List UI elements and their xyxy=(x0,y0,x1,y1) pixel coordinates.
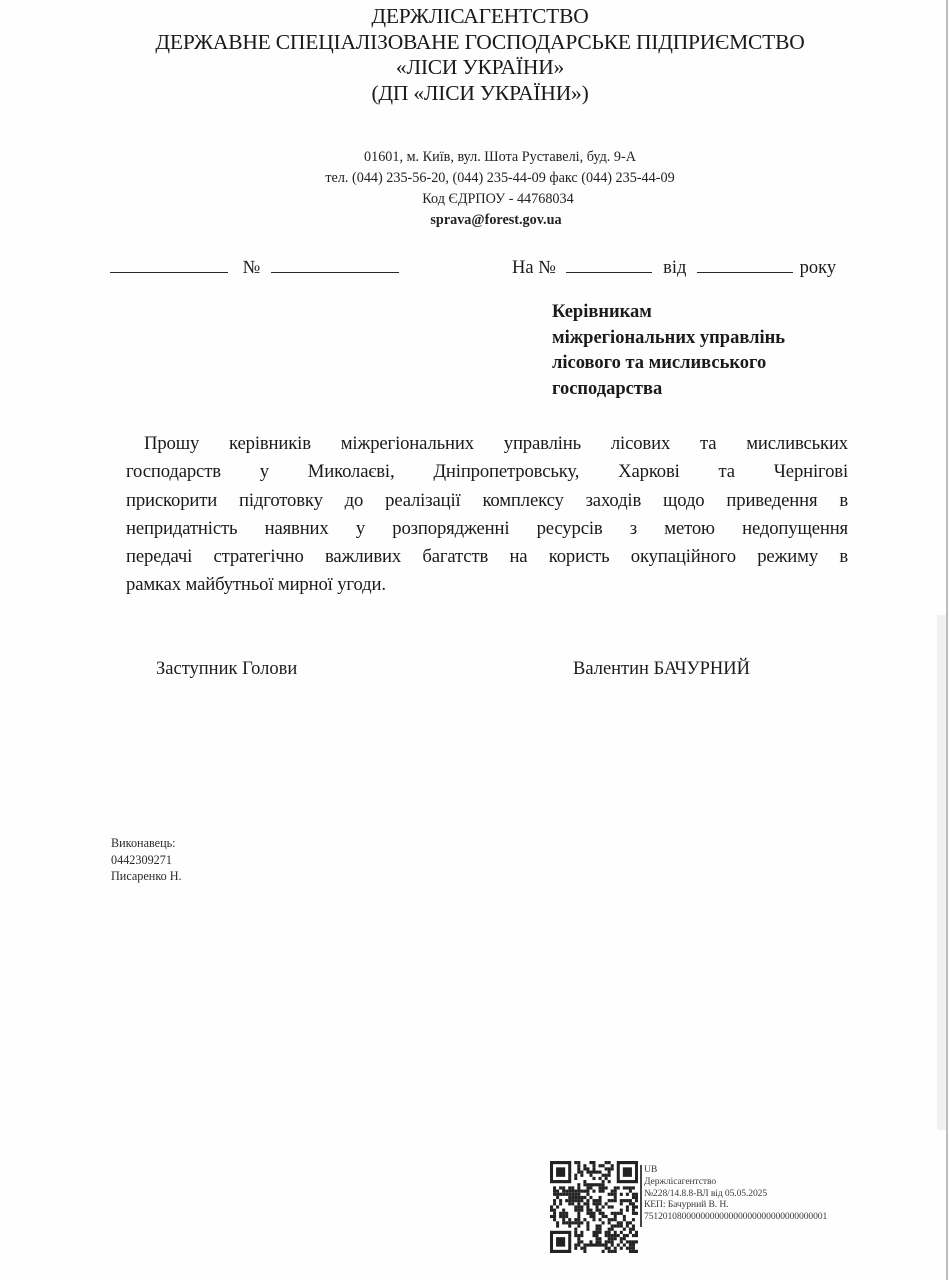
addressee: Керівникам міжрегіональних управлінь ліс… xyxy=(552,300,785,402)
stamp-line: №228/14.8.8-ВЛ від 05.05.2025 xyxy=(644,1188,827,1200)
enterprise-type: ДЕРЖАВНЕ СПЕЦІАЛІЗОВАНЕ ГОСПОДАРСЬКЕ ПІД… xyxy=(0,30,949,56)
agency-name: ДЕРЖЛІСАГЕНТСТВО xyxy=(0,4,949,30)
stamp-line: Держлісагентство xyxy=(644,1176,827,1188)
executor-block: Виконавець: 0442309271 Писаренко Н. xyxy=(111,835,182,885)
addressee-line: Керівникам xyxy=(552,300,785,326)
document-page: ДЕРЖЛІСАГЕНТСТВО ДЕРЖАВНЕ СПЕЦІАЛІЗОВАНЕ… xyxy=(0,0,949,1280)
email: sprava@forest.gov.ua xyxy=(0,210,949,231)
body-line: прискорити підготовку до реалізації комп… xyxy=(126,487,848,515)
signatory-title: Заступник Голови xyxy=(156,659,297,680)
body-line: господарств у Миколаєві, Дніпропетровськ… xyxy=(126,458,848,486)
executor-phone: 0442309271 xyxy=(111,852,182,869)
body-line: Прошу керівників міжрегіональних управлі… xyxy=(126,430,848,458)
stamp-line: UB xyxy=(644,1164,827,1176)
addressee-line: міжрегіональних управлінь xyxy=(552,326,785,352)
reply-date-field xyxy=(697,254,793,273)
stamp-line: КЕП: Бачурний В. Н. xyxy=(644,1199,827,1211)
from-label: від xyxy=(663,258,686,278)
phones: тел. (044) 235-56-20, (044) 235-44-09 фа… xyxy=(0,168,949,189)
contact-block: 01601, м. Київ, вул. Шота Руставелі, буд… xyxy=(0,147,949,231)
reply-to-label: На № xyxy=(512,258,556,278)
stamp-text: UB Держлісагентство №228/14.8.8-ВЛ від 0… xyxy=(644,1164,827,1223)
executor-name: Писаренко Н. xyxy=(111,868,182,885)
scan-edge-shadow xyxy=(937,615,946,1130)
reply-number-field xyxy=(566,254,652,273)
enterprise-short-name: (ДП «ЛІСИ УКРАЇНИ») xyxy=(0,81,949,107)
body-line: передачі стратегічно важливих багатств н… xyxy=(126,543,848,571)
body-line: непридатність наявних у розпорядженні ре… xyxy=(126,515,848,543)
letter-body: Прошу керівників міжрегіональних управлі… xyxy=(126,430,848,600)
enterprise-name: «ЛІСИ УКРАЇНИ» xyxy=(0,55,949,81)
qr-code-icon xyxy=(550,1161,638,1253)
reply-registration: На № від року xyxy=(512,254,836,280)
stamp-divider xyxy=(640,1165,642,1227)
stamp-line: 751201080000000000000000000000000000001 xyxy=(644,1211,827,1223)
year-label: року xyxy=(800,258,836,278)
addressee-line: господарства xyxy=(552,377,785,403)
outgoing-number-field xyxy=(271,254,399,273)
edrpou-code: Код ЄДРПОУ - 44768034 xyxy=(0,189,949,210)
address: 01601, м. Київ, вул. Шота Руставелі, буд… xyxy=(0,147,949,168)
executor-label: Виконавець: xyxy=(111,835,182,852)
signatory-name: Валентин БАЧУРНИЙ xyxy=(573,659,750,680)
outgoing-registration: № xyxy=(110,254,399,280)
body-line: рамках майбутньої мирної угоди. xyxy=(126,571,848,599)
addressee-line: лісового та мисливського xyxy=(552,351,785,377)
number-sign: № xyxy=(243,258,261,278)
outgoing-date-field xyxy=(110,254,228,273)
letterhead: ДЕРЖЛІСАГЕНТСТВО ДЕРЖАВНЕ СПЕЦІАЛІЗОВАНЕ… xyxy=(0,4,949,106)
